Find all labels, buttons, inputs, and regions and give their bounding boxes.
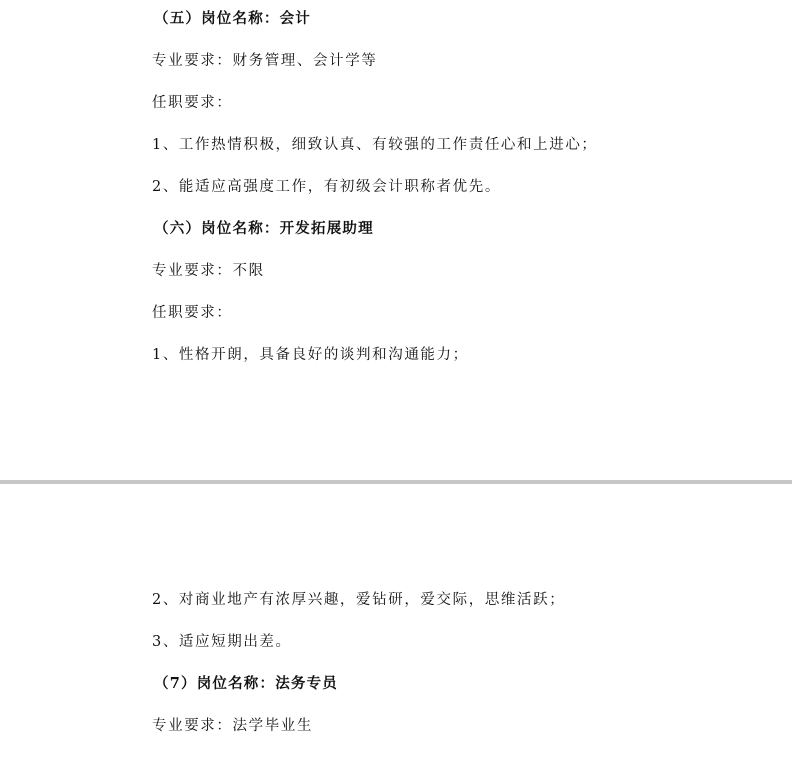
- job-requirements-label: 任职要求：: [152, 93, 233, 113]
- major-requirement: 专业要求：财务管理、会计学等: [152, 51, 377, 71]
- requirement-item: 3、适应短期出差。: [152, 632, 292, 652]
- section-heading-development-assistant: （六）岗位名称：开发拓展助理: [154, 219, 374, 239]
- document-page-1: （五）岗位名称：会计 专业要求：财务管理、会计学等 任职要求： 1、工作热情积极…: [0, 0, 792, 480]
- requirement-item: 1、性格开朗，具备良好的谈判和沟通能力；: [152, 345, 469, 365]
- section-heading-accountant: （五）岗位名称：会计: [154, 9, 311, 29]
- major-requirement: 专业要求：不限: [152, 261, 265, 281]
- job-requirements-label: 任职要求：: [152, 303, 233, 323]
- document-page-2: 2、对商业地产有浓厚兴趣，爱钻研，爱交际，思维活跃； 3、适应短期出差。 （7）…: [0, 484, 792, 758]
- section-heading-legal-specialist: （7）岗位名称：法务专员: [154, 674, 338, 694]
- requirement-item: 2、对商业地产有浓厚兴趣，爱钻研，爱交际，思维活跃；: [152, 590, 565, 610]
- major-requirement: 专业要求：法学毕业生: [152, 716, 313, 736]
- requirement-item: 1、工作热情积极，细致认真、有较强的工作责任心和上进心；: [152, 135, 598, 155]
- requirement-item: 2、能适应高强度工作，有初级会计职称者优先。: [152, 177, 501, 197]
